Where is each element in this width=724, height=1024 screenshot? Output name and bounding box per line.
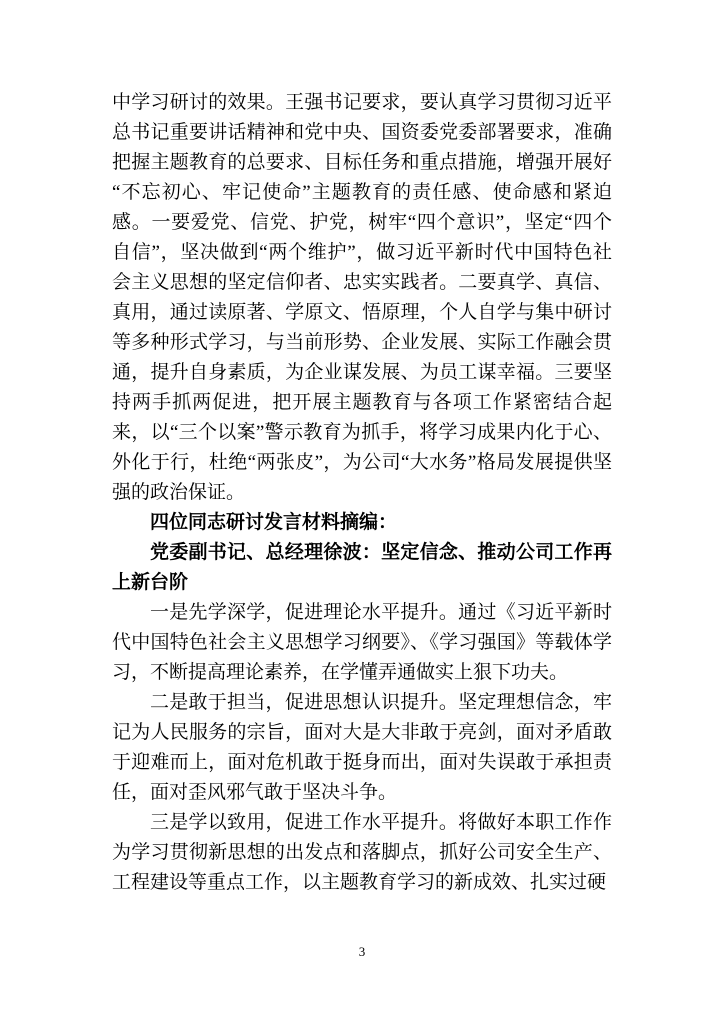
body-paragraph-continuation: 中学习研讨的效果。王强书记要求，要认真学习贯彻习近平总书记重要讲话精神和党中央、… [112,88,612,508]
point-paragraph-3: 三是学以致用，促进工作水平提升。将做好本职工作作为学习贯彻新思想的出发点和落脚点… [112,808,612,898]
speaker-heading: 党委副书记、总经理徐波：坚定信念、推动公司工作再上新台阶 [112,538,612,598]
point-paragraph-1: 一是先学深学，促进理论水平提升。通过《习近平新时代中国特色社会主义思想学习纲要》… [112,598,612,688]
page-number: 3 [0,944,724,960]
document-body: 中学习研讨的效果。王强书记要求，要认真学习贯彻习近平总书记重要讲话精神和党中央、… [112,88,612,898]
document-page: 中学习研讨的效果。王强书记要求，要认真学习贯彻习近平总书记重要讲话精神和党中央、… [0,0,724,1024]
point-paragraph-2: 二是敢于担当，促进思想认识提升。坚定理想信念，牢记为人民服务的宗旨，面对大是大非… [112,688,612,808]
section-heading-speech-digest: 四位同志研讨发言材料摘编： [112,508,612,538]
